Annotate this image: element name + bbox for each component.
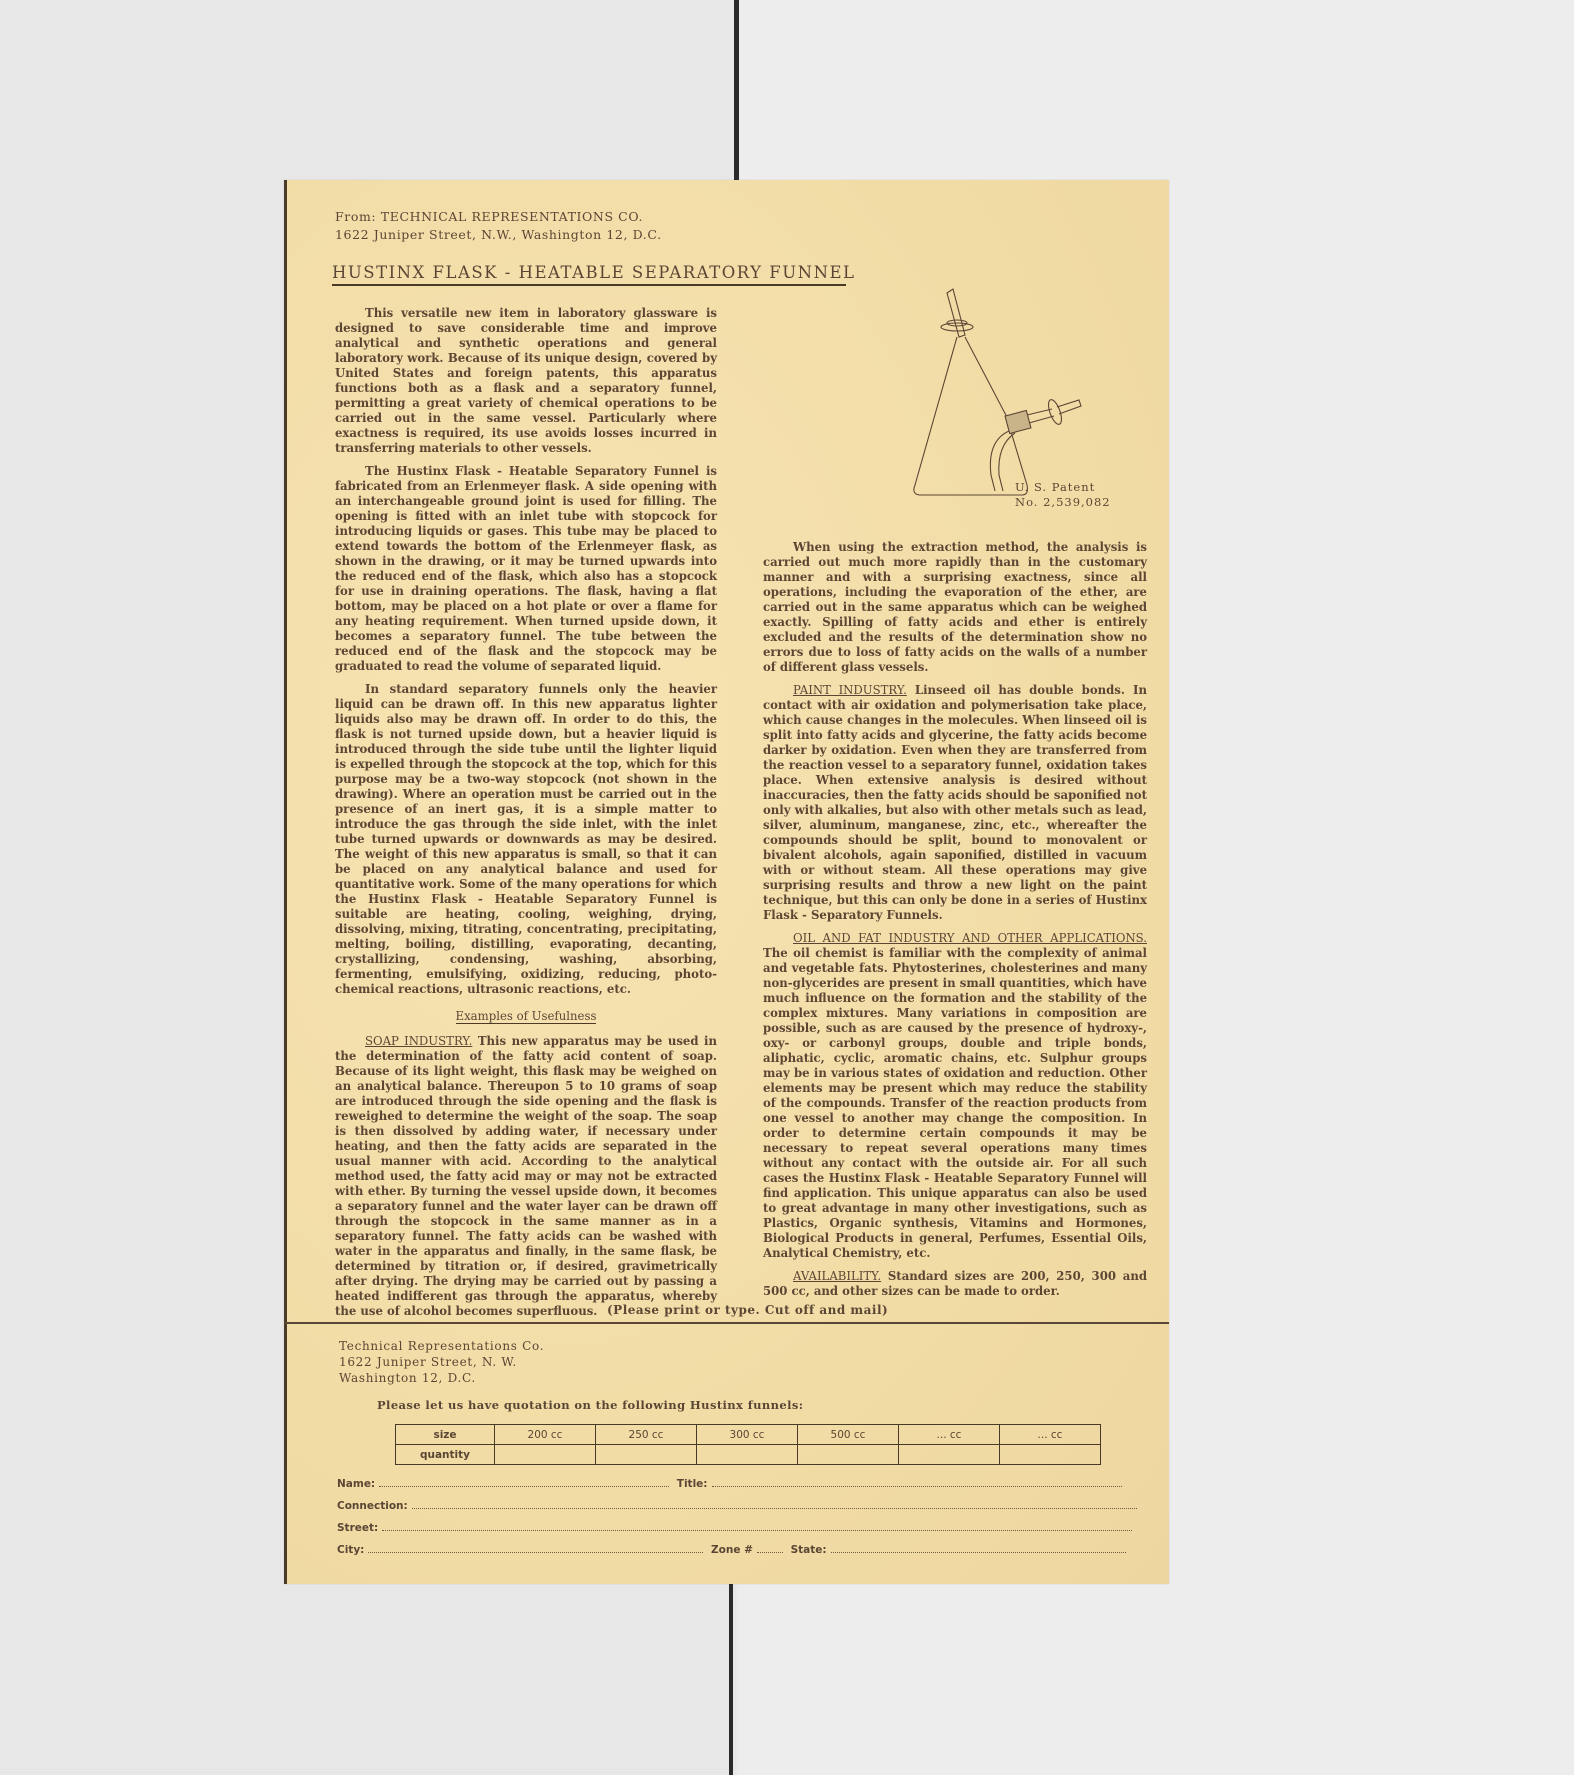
scan-divider-line (729, 1584, 733, 1775)
extraction-paragraph: When using the extraction method, the an… (763, 540, 1147, 675)
quantity-header: quantity (396, 1445, 495, 1465)
zone-field[interactable] (757, 1543, 783, 1553)
size-cell: ... cc (1000, 1425, 1101, 1445)
sender-address: 1622 Juniper Street, N.W., Washington 12… (335, 226, 662, 244)
document-page: From: TECHNICAL REPRESENTATIONS CO. 1622… (284, 180, 1169, 1584)
right-column: When using the extraction method, the an… (763, 540, 1147, 1307)
quantity-field[interactable] (1000, 1445, 1101, 1465)
quantity-field[interactable] (697, 1445, 798, 1465)
quantity-field[interactable] (798, 1445, 899, 1465)
oil-fat-industry-label: OIL AND FAT INDUSTRY AND OTHER APPLICATI… (793, 931, 1147, 945)
title-label: Title: (677, 1478, 708, 1490)
size-cell: 500 cc (798, 1425, 899, 1445)
connection-label: Connection: (337, 1500, 408, 1512)
soap-industry-label: SOAP INDUSTRY. (365, 1034, 472, 1048)
left-column: This versatile new item in laboratory gl… (335, 306, 717, 1327)
availability-label: AVAILABILITY. (793, 1269, 881, 1283)
size-quantity-table: size 200 cc 250 cc 300 cc 500 cc ... cc … (395, 1424, 1101, 1465)
quantity-field[interactable] (899, 1445, 1000, 1465)
street-label: Street: (337, 1522, 378, 1534)
quantity-field[interactable] (596, 1445, 697, 1465)
street-row: Street: (337, 1521, 1136, 1534)
scan-divider-line (734, 0, 739, 185)
size-cell: 250 cc (596, 1425, 697, 1445)
oil-fat-industry-paragraph: OIL AND FAT INDUSTRY AND OTHER APPLICATI… (763, 931, 1147, 1261)
city-label: City: (337, 1544, 364, 1556)
title-field[interactable] (712, 1477, 1122, 1487)
paint-industry-paragraph: PAINT INDUSTRY. Linseed oil has double b… (763, 683, 1147, 923)
intro-paragraph: This versatile new item in laboratory gl… (335, 306, 717, 456)
city-zone-state-row: City: Zone # State: (337, 1543, 1130, 1556)
cut-off-instruction: (Please print or type. Cut off and mail) (607, 1303, 888, 1317)
size-cell: 200 cc (495, 1425, 596, 1445)
name-label: Name: (337, 1478, 375, 1490)
quantity-row: quantity (396, 1445, 1101, 1465)
name-title-row: Name: Title: (337, 1477, 1126, 1490)
city-field[interactable] (368, 1543, 703, 1553)
street-field[interactable] (382, 1521, 1132, 1531)
soap-industry-paragraph: SOAP INDUSTRY. This new apparatus may be… (335, 1034, 717, 1319)
quotation-request-text: Please let us have quotation on the foll… (377, 1398, 803, 1412)
sender-block: From: TECHNICAL REPRESENTATIONS CO. 1622… (335, 208, 662, 244)
zone-label: Zone # (711, 1544, 753, 1556)
size-row: size 200 cc 250 cc 300 cc 500 cc ... cc … (396, 1425, 1101, 1445)
size-cell: 300 cc (697, 1425, 798, 1445)
quantity-field[interactable] (495, 1445, 596, 1465)
connection-row: Connection: (337, 1499, 1141, 1512)
availability-paragraph: AVAILABILITY. Standard sizes are 200, 25… (763, 1269, 1147, 1299)
mailing-address: Technical Representations Co. 1622 Junip… (339, 1338, 544, 1386)
construction-paragraph: The Hustinx Flask - Heatable Separatory … (335, 464, 717, 674)
cut-line (284, 1322, 1169, 1324)
state-label: State: (791, 1544, 827, 1556)
sender-name: From: TECHNICAL REPRESENTATIONS CO. (335, 208, 662, 226)
connection-field[interactable] (412, 1499, 1137, 1509)
paint-industry-label: PAINT INDUSTRY. (793, 683, 907, 697)
operation-paragraph: In standard separatory funnels only the … (335, 682, 717, 997)
name-field[interactable] (379, 1477, 669, 1487)
document-title: HUSTINX FLASK - HEATABLE SEPARATORY FUNN… (332, 263, 846, 286)
patent-caption: U. S. Patent No. 2,539,082 (1015, 480, 1111, 510)
state-field[interactable] (831, 1543, 1126, 1553)
examples-heading: Examples of Usefulness (335, 1009, 717, 1024)
size-cell: ... cc (899, 1425, 1000, 1445)
size-header: size (396, 1425, 495, 1445)
